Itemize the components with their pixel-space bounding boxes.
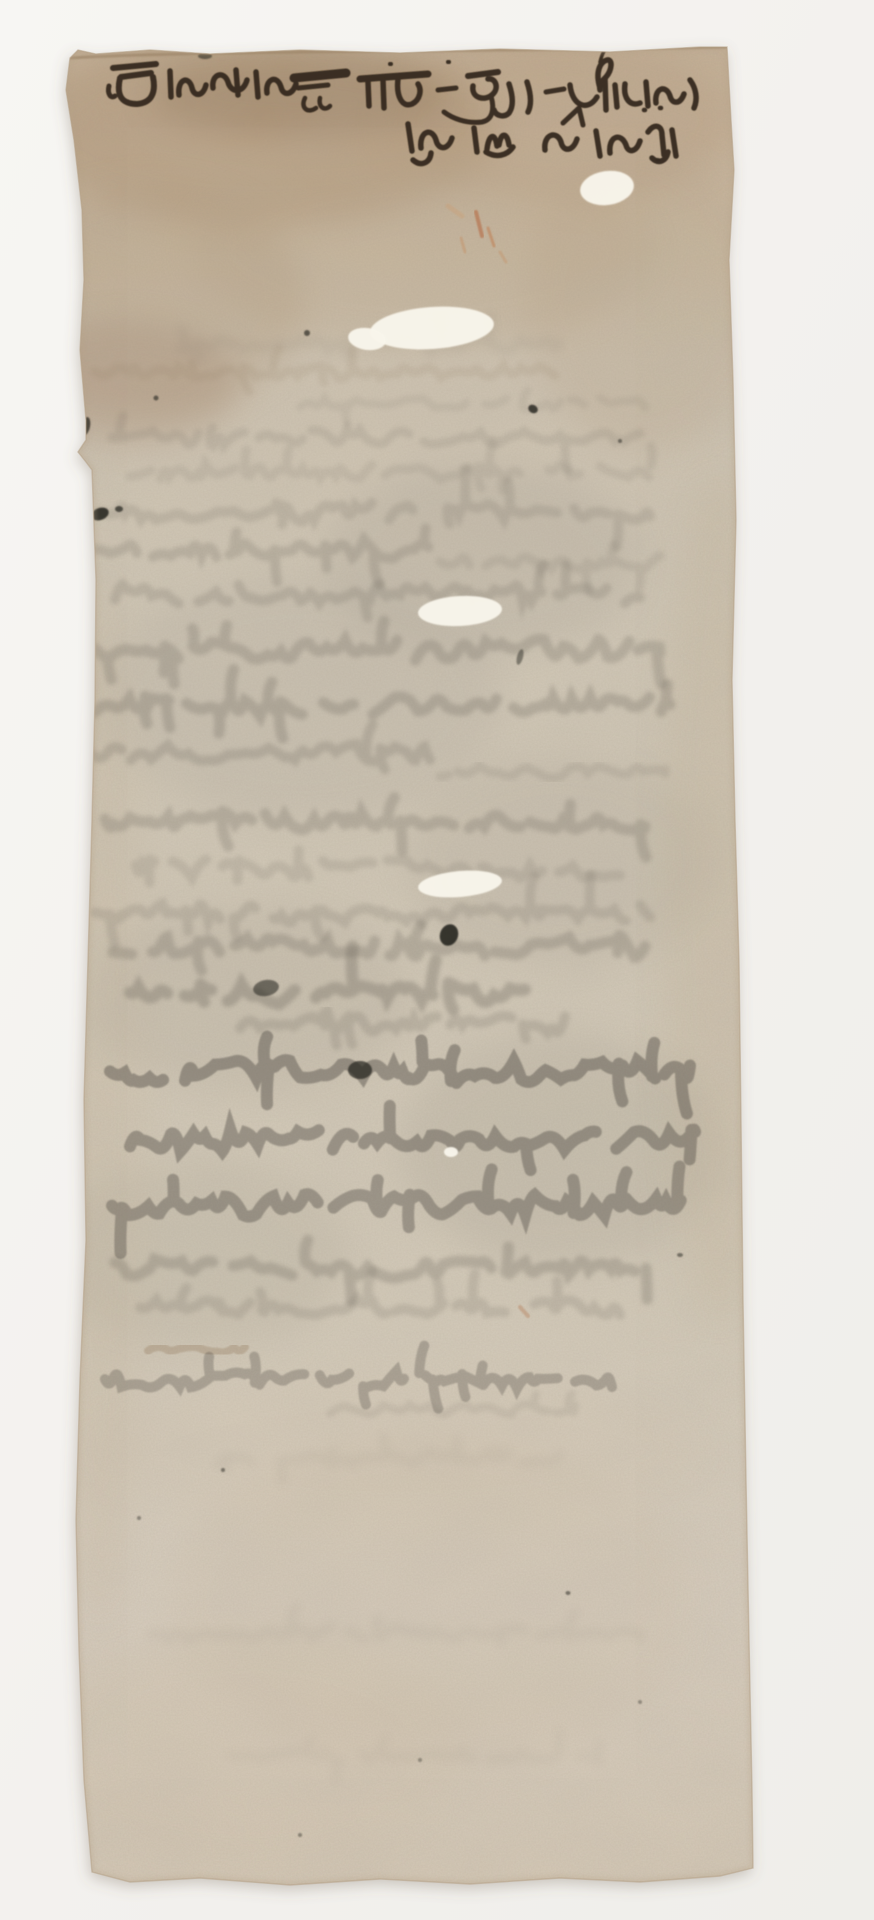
repair-patch [444, 1147, 458, 1157]
glyph-cluster [360, 74, 428, 79]
ink-fleck [137, 1516, 141, 1520]
manuscript-photo [0, 0, 874, 1920]
ink-fleck [304, 330, 310, 336]
ink-fleck [221, 1468, 225, 1472]
ink-fleck [418, 1758, 422, 1762]
ink-fleck [618, 439, 622, 443]
paper-sheet [0, 34, 773, 1900]
photo-of-manuscript [0, 0, 874, 1920]
glyph-cluster [298, 85, 328, 88]
glyph-cluster [468, 72, 498, 76]
glyph-cluster [438, 88, 456, 90]
ink-fleck [348, 1061, 372, 1079]
ink-fleck [566, 1591, 571, 1595]
ink-fleck [638, 1700, 642, 1704]
glyph-cluster [546, 89, 564, 92]
ink-fleck [298, 1833, 302, 1837]
glyph-cluster [113, 64, 156, 68]
ink-fleck [677, 1253, 683, 1257]
ink-fleck [154, 396, 159, 401]
glyph-cluster [294, 73, 346, 78]
ink-fleck [115, 506, 123, 512]
